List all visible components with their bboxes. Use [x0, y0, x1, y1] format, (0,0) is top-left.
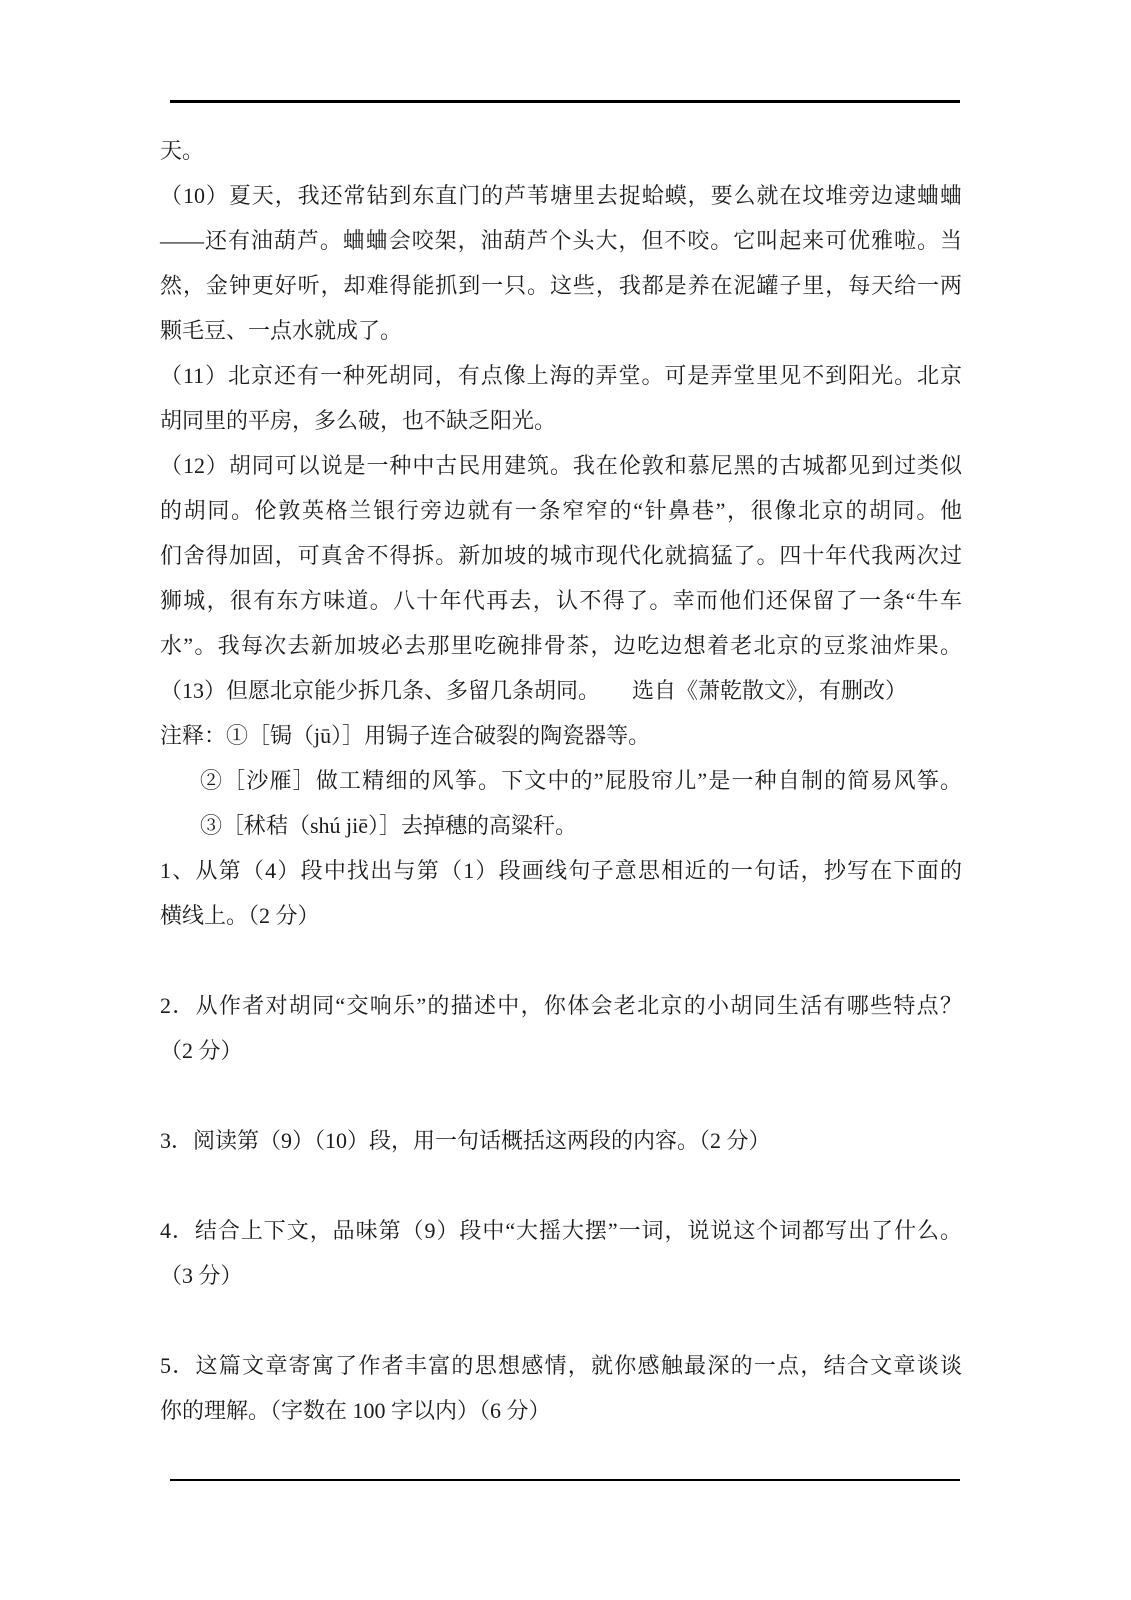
essay-p12-line-5: 水”。我每次去新加坡必去那里吃碗排骨茶，边吃边想着老北京的豆浆油炸果。	[160, 623, 962, 668]
essay-p11-line-1: （11）北京还有一种死胡同，有点像上海的弄堂。可是弄堂里见不到阳光。北京	[160, 353, 962, 398]
note-line-3: ③［秫秸（shú jiē）］去掉穗的高粱秆。	[160, 803, 962, 848]
essay-p12-line-2: 的胡同。伦敦英格兰银行旁边就有一条窄窄的“针鼻巷”，很像北京的胡同。他	[160, 488, 962, 533]
essay-source-attribution: 选自《萧乾散文》，有删改）	[632, 678, 907, 703]
essay-p10-line-2: ——还有油葫芦。蛐蛐会咬架，油葫芦个头大，但不咬。它叫起来可优雅啦。当	[160, 218, 962, 263]
question-5-line-2: 你的理解。（字数在 100 字以内）（6 分）	[160, 1388, 962, 1433]
essay-carryover-line: 天。	[160, 128, 962, 173]
essay-p12-line-1: （12）胡同可以说是一种中古民用建筑。我在伦敦和慕尼黑的古城都见到过类似	[160, 443, 962, 488]
question-1-line-2: 横线上。（2 分）	[160, 893, 962, 938]
essay-p12-line-4: 狮城，很有东方味道。八十年代再去，认不得了。幸而他们还保留了一条“牛车	[160, 578, 962, 623]
question-2-line-1: 2．从作者对胡同“交响乐”的描述中，你体会老北京的小胡同生活有哪些特点？	[160, 983, 962, 1028]
question-1-line-1: 1、从第（4）段中找出与第（1）段画线句子意思相近的一句话，抄写在下面的	[160, 848, 962, 893]
note-line-2: ②［沙雁］做工精细的风筝。下文中的”屁股帘儿”是一种自制的简易风筝。	[160, 758, 962, 803]
blank-line	[160, 1163, 962, 1208]
essay-p13-line: （13）但愿北京能少拆几条、多留几条胡同。选自《萧乾散文》，有删改）	[160, 668, 962, 713]
question-2-line-2: （2 分）	[160, 1028, 962, 1073]
question-4-line-1: 4．结合上下文，品味第（9）段中“大摇大摆”一词，说说这个词都写出了什么。	[160, 1208, 962, 1253]
essay-p10-line-3: 然，金钟更好听，却难得能抓到一只。这些，我都是养在泥罐子里，每天给一两	[160, 263, 962, 308]
essay-p10-line-4: 颗毛豆、一点水就成了。	[160, 308, 962, 353]
blank-line	[160, 1073, 962, 1118]
scanned-exam-page: 天。 （10）夏天，我还常钻到东直门的芦苇塘里去捉蛤蟆，要么就在坟堆旁边逮蛐蛐 …	[0, 0, 1131, 1600]
document-body: 天。 （10）夏天，我还常钻到东直门的芦苇塘里去捉蛤蟆，要么就在坟堆旁边逮蛐蛐 …	[160, 128, 962, 1433]
note-line-1: 注释：①［锔（jū）］用锔子连合破裂的陶瓷器等。	[160, 713, 962, 758]
question-3-line-1: 3．阅读第（9）（10）段，用一句话概括这两段的内容。（2 分）	[160, 1118, 962, 1163]
essay-p13-text: （13）但愿北京能少拆几条、多留几条胡同。	[160, 678, 600, 703]
blank-line	[160, 1298, 962, 1343]
essay-p12-line-3: 们舍得加固，可真舍不得拆。新加坡的城市现代化就搞猛了。四十年代我两次过	[160, 533, 962, 578]
top-rule	[170, 100, 960, 103]
question-4-line-2: （3 分）	[160, 1253, 962, 1298]
question-5-line-1: 5．这篇文章寄寓了作者丰富的思想感情，就你感触最深的一点，结合文章谈谈	[160, 1343, 962, 1388]
essay-p10-line-1: （10）夏天，我还常钻到东直门的芦苇塘里去捉蛤蟆，要么就在坟堆旁边逮蛐蛐	[160, 173, 962, 218]
bottom-rule	[170, 1479, 960, 1481]
blank-line	[160, 938, 962, 983]
essay-p11-line-2: 胡同里的平房，多么破，也不缺乏阳光。	[160, 398, 962, 443]
